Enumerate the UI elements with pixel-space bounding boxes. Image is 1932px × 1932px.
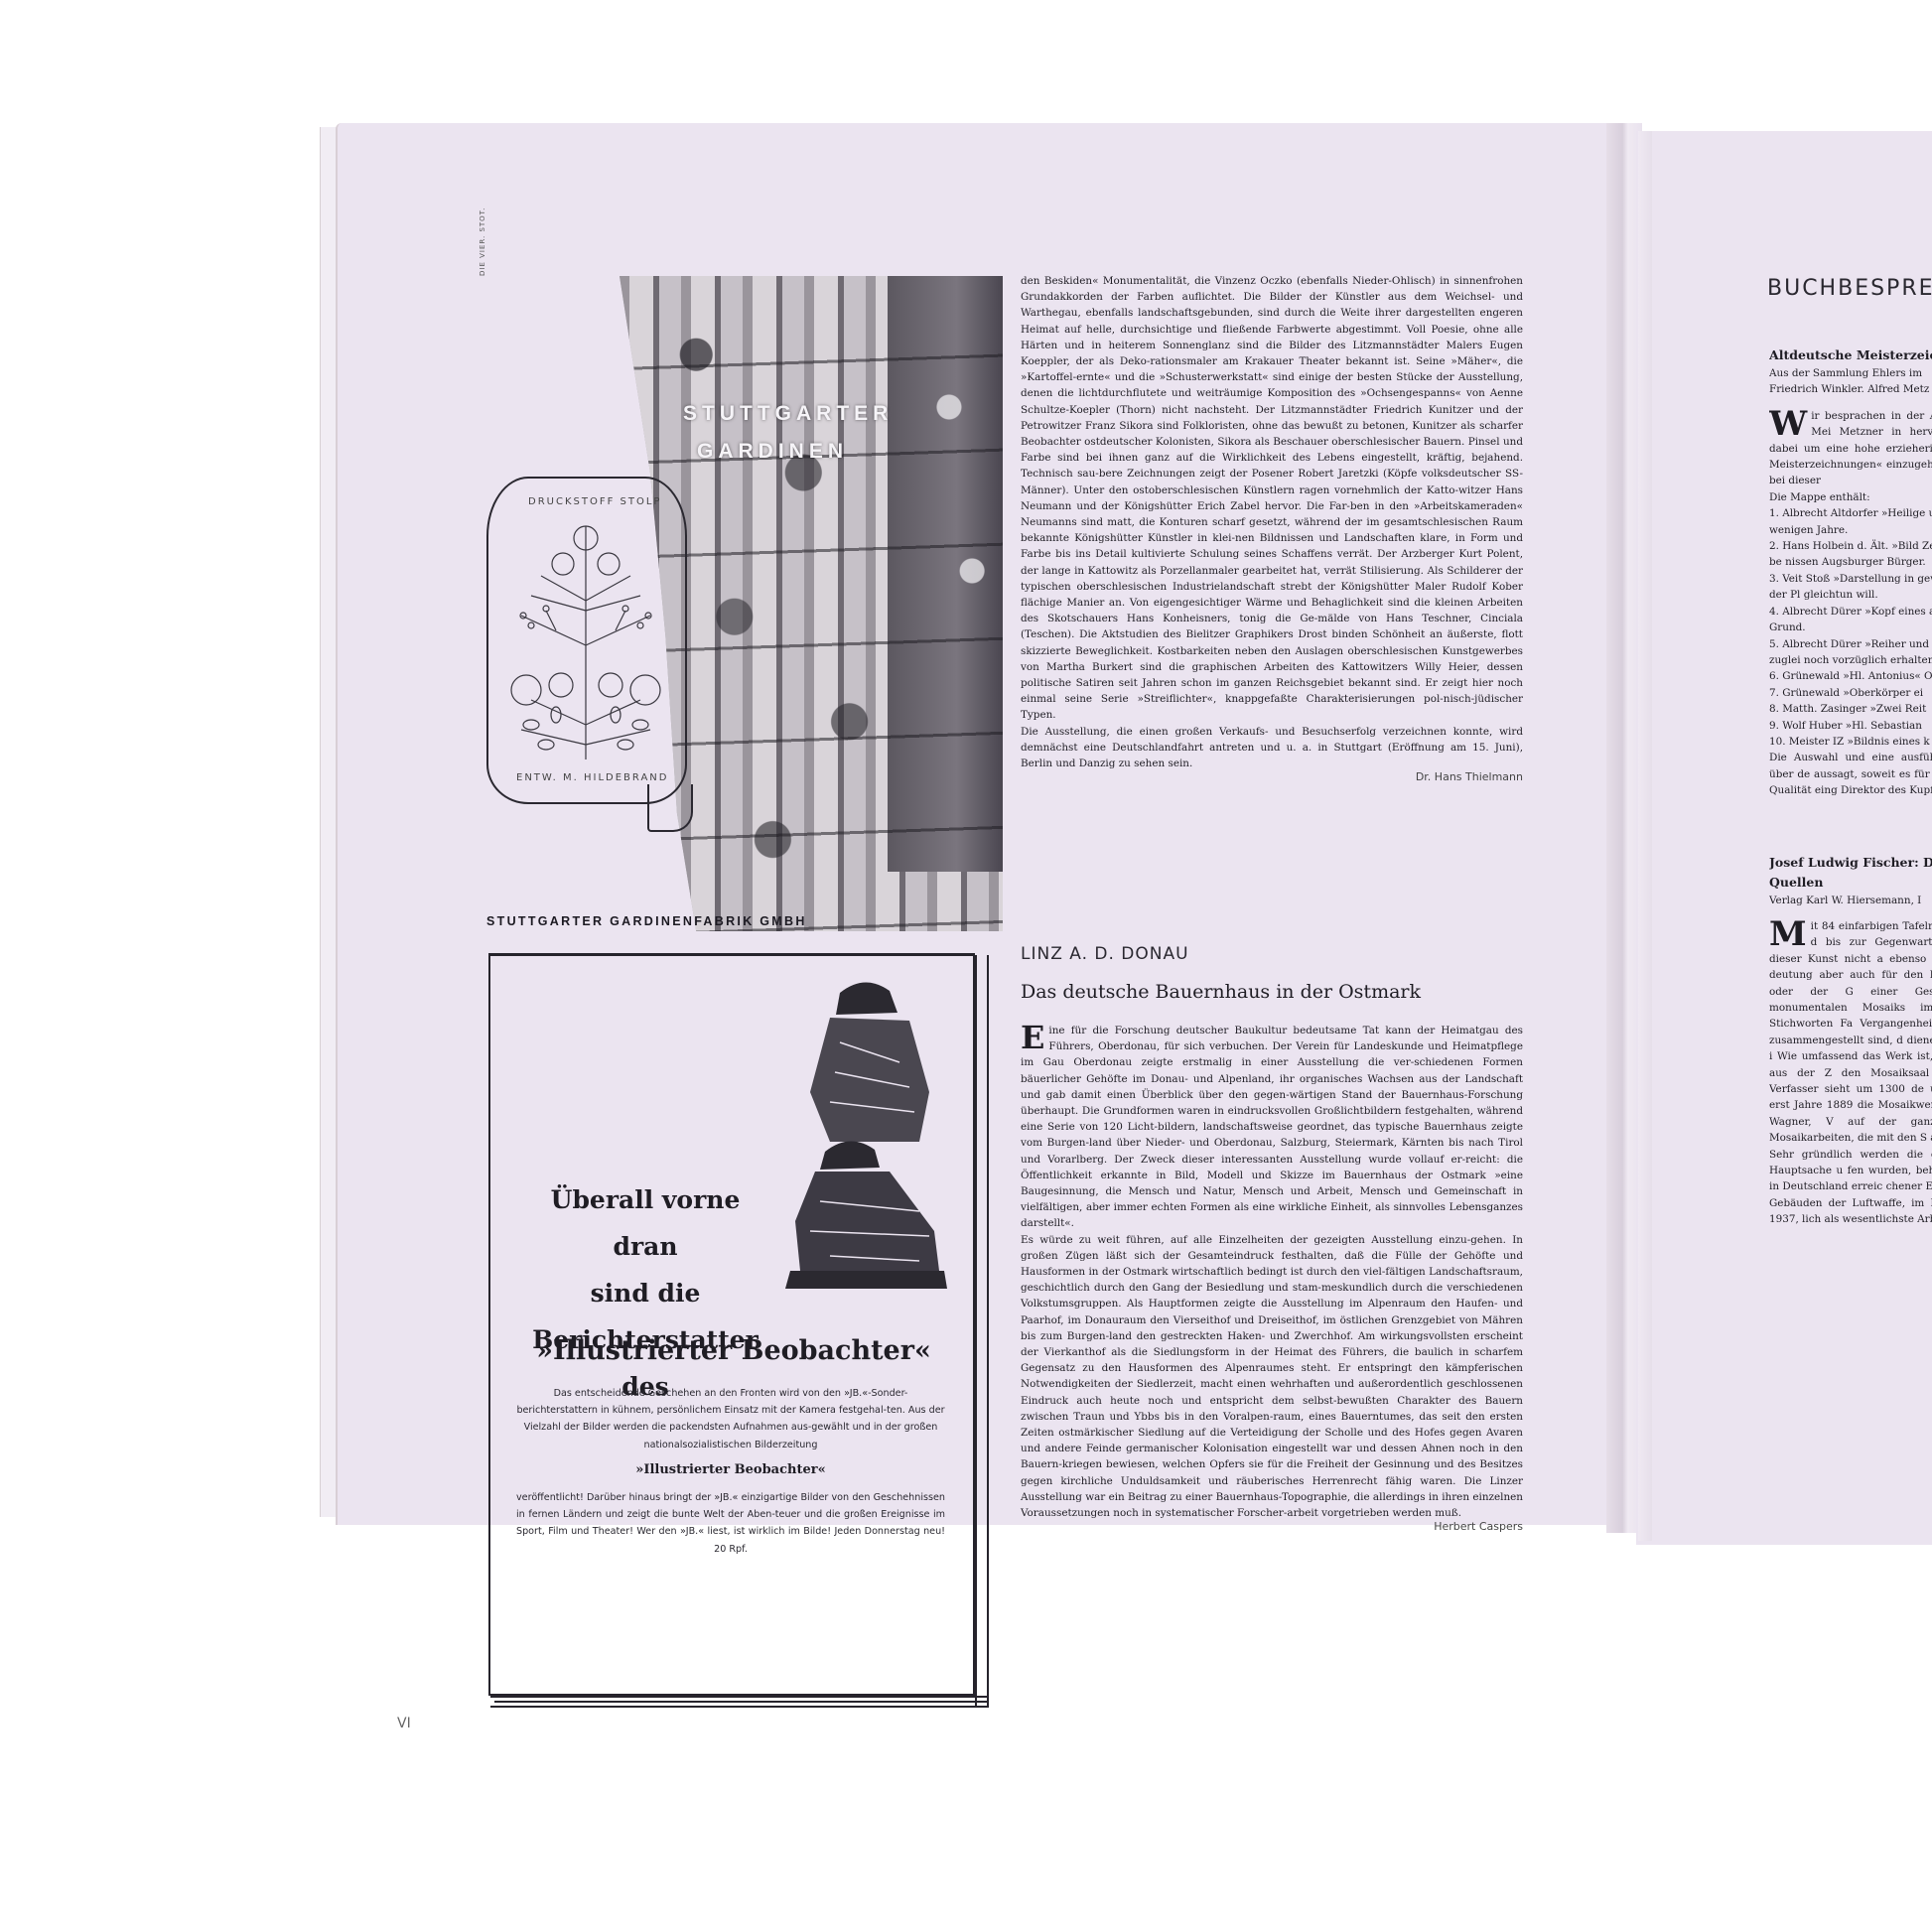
review2-paragraph-1: Mit 84 einfarbigen Tafeln gen, sorgfälti…: [1769, 918, 1932, 1147]
review1-list-intro: Die Mappe enthält:: [1769, 489, 1932, 505]
review2-title-line1: Josef Ludwig Fischer: Deu: [1769, 853, 1932, 873]
scroll-curl: [647, 784, 693, 832]
list-item: 8. Matth. Zasinger »Zwei Reit: [1769, 701, 1932, 717]
ad-headline: Überall vorne dran sind die Berichtersta…: [516, 1176, 774, 1410]
review1-meta: Aus der Sammlung Ehlers im Friedrich Win…: [1769, 365, 1932, 398]
list-item: 2. Hans Holbein d. Ält. »Bild Zeichnung …: [1769, 538, 1932, 571]
list-item: 7. Grünewald »Oberkörper ei: [1769, 685, 1932, 701]
review2-paragraph-2: Sehr gründlich werden die ein Mosaikstil…: [1769, 1147, 1932, 1228]
linz-article-title: Das deutsche Bauernhaus in der Ostmark: [1021, 981, 1421, 1003]
review2-dropcap: M: [1769, 920, 1807, 948]
ad-body-text-2: veröffentlicht! Darüber hinaus bringt de…: [516, 1489, 945, 1558]
exhibit-paragraph-1: den Beskiden« Monumentalität, die Vinzen…: [1021, 273, 1523, 724]
curtain-title-line1: STUTTGARTER: [683, 395, 862, 433]
review1-dropcap: W: [1769, 410, 1807, 438]
review2-meta: Verlag Karl W. Hiersemann, I: [1769, 893, 1932, 908]
ad-headline-line2: sind die: [516, 1270, 774, 1316]
review1-closing: Die Auswahl und eine ausfüh nur das Notw…: [1769, 750, 1932, 798]
right-page-fold: [1638, 131, 1652, 1541]
ad-headline-line1: Überall vorne dran: [516, 1176, 774, 1270]
list-item: 3. Veit Stoß »Darstellung in gewinnt, da…: [1769, 571, 1932, 604]
soldier-illustration-icon: [770, 973, 959, 1301]
exhibit-author: Dr. Hans Thielmann: [1021, 769, 1523, 785]
linz-author: Herbert Caspers: [1021, 1519, 1523, 1535]
review2-title-line2: Quellen: [1769, 873, 1932, 893]
list-item: 1. Albrecht Altdorfer »Heilige und zugle…: [1769, 505, 1932, 538]
review1-meta-line2: Friedrich Winkler. Alfred Metz: [1769, 381, 1932, 397]
list-item: 10. Meister IZ »Bildnis eines k: [1769, 734, 1932, 750]
linz-dropcap: E: [1021, 1025, 1044, 1050]
fabric-label-top: DRUCKSTOFF STOLP: [528, 496, 661, 507]
exhibit-paragraph-2: Die Ausstellung, die einen großen Verkau…: [1021, 724, 1523, 772]
linz-article: Eine für die Forschung deutscher Baukult…: [1021, 1023, 1523, 1536]
ad-sub-masthead: »Illustrierter Beobachter«: [516, 1462, 945, 1477]
linz-paragraph-1: Eine für die Forschung deutscher Baukult…: [1021, 1023, 1523, 1232]
linz-paragraph-1-text: ine für die Forschung deutscher Baukultu…: [1021, 1025, 1523, 1229]
company-name: STUTTGARTER GARDINENFABRIK GMBH: [486, 914, 807, 928]
list-item: 6. Grünewald »Hl. Antonius« Originaltreu…: [1769, 668, 1932, 684]
fabric-label-designer: ENTW. M. HILDEBRAND: [516, 772, 668, 783]
review2-title: Josef Ludwig Fischer: Deu Quellen: [1769, 853, 1932, 893]
ad-body-text: Das entscheidende Geschehen an den Front…: [516, 1385, 945, 1453]
list-item: 5. Albrecht Dürer »Reiher und lungen von…: [1769, 636, 1932, 669]
book-reviews-heading: BUCHBESPREC: [1767, 276, 1932, 301]
ad-masthead: »Illustrierter Beobachter«: [510, 1335, 957, 1366]
side-credit: DIE VIER. STOT.: [479, 207, 486, 276]
review1-title: Altdeutsche Meisterzeichn: [1769, 345, 1932, 365]
ad-frame-stack-bottom: [490, 1696, 989, 1708]
ad-frame-stack-right: [975, 955, 989, 1706]
section-heading-linz: LINZ A. D. DONAU: [1021, 944, 1189, 964]
review1-intro: Wir besprachen in der Au zeichnungen gro…: [1769, 408, 1932, 489]
curtain-title-line2: GARDINEN: [683, 433, 862, 471]
book-reviews-column: Altdeutsche Meisterzeichn Aus der Sammlu…: [1769, 328, 1932, 1698]
list-item: 4. Albrecht Dürer »Kopf eines auf schwar…: [1769, 604, 1932, 636]
review2-paragraph-1-text: it 84 einfarbigen Tafeln gen, sorgfältig…: [1769, 920, 1932, 1144]
exhibit-article: den Beskiden« Monumentalität, die Vinzen…: [1021, 273, 1523, 786]
linz-paragraph-2: Es würde zu weit führen, auf alle Einzel…: [1021, 1232, 1523, 1522]
page-number: VI: [397, 1716, 411, 1731]
tree-ornament-icon: [501, 516, 670, 764]
list-item: 9. Wolf Huber »Hl. Sebastian: [1769, 718, 1932, 734]
review1-meta-line1: Aus der Sammlung Ehlers im: [1769, 365, 1932, 381]
curtain-photo-title: STUTTGARTER GARDINEN: [683, 395, 862, 471]
review1-list: 1. Albrecht Altdorfer »Heilige und zugle…: [1769, 505, 1932, 750]
